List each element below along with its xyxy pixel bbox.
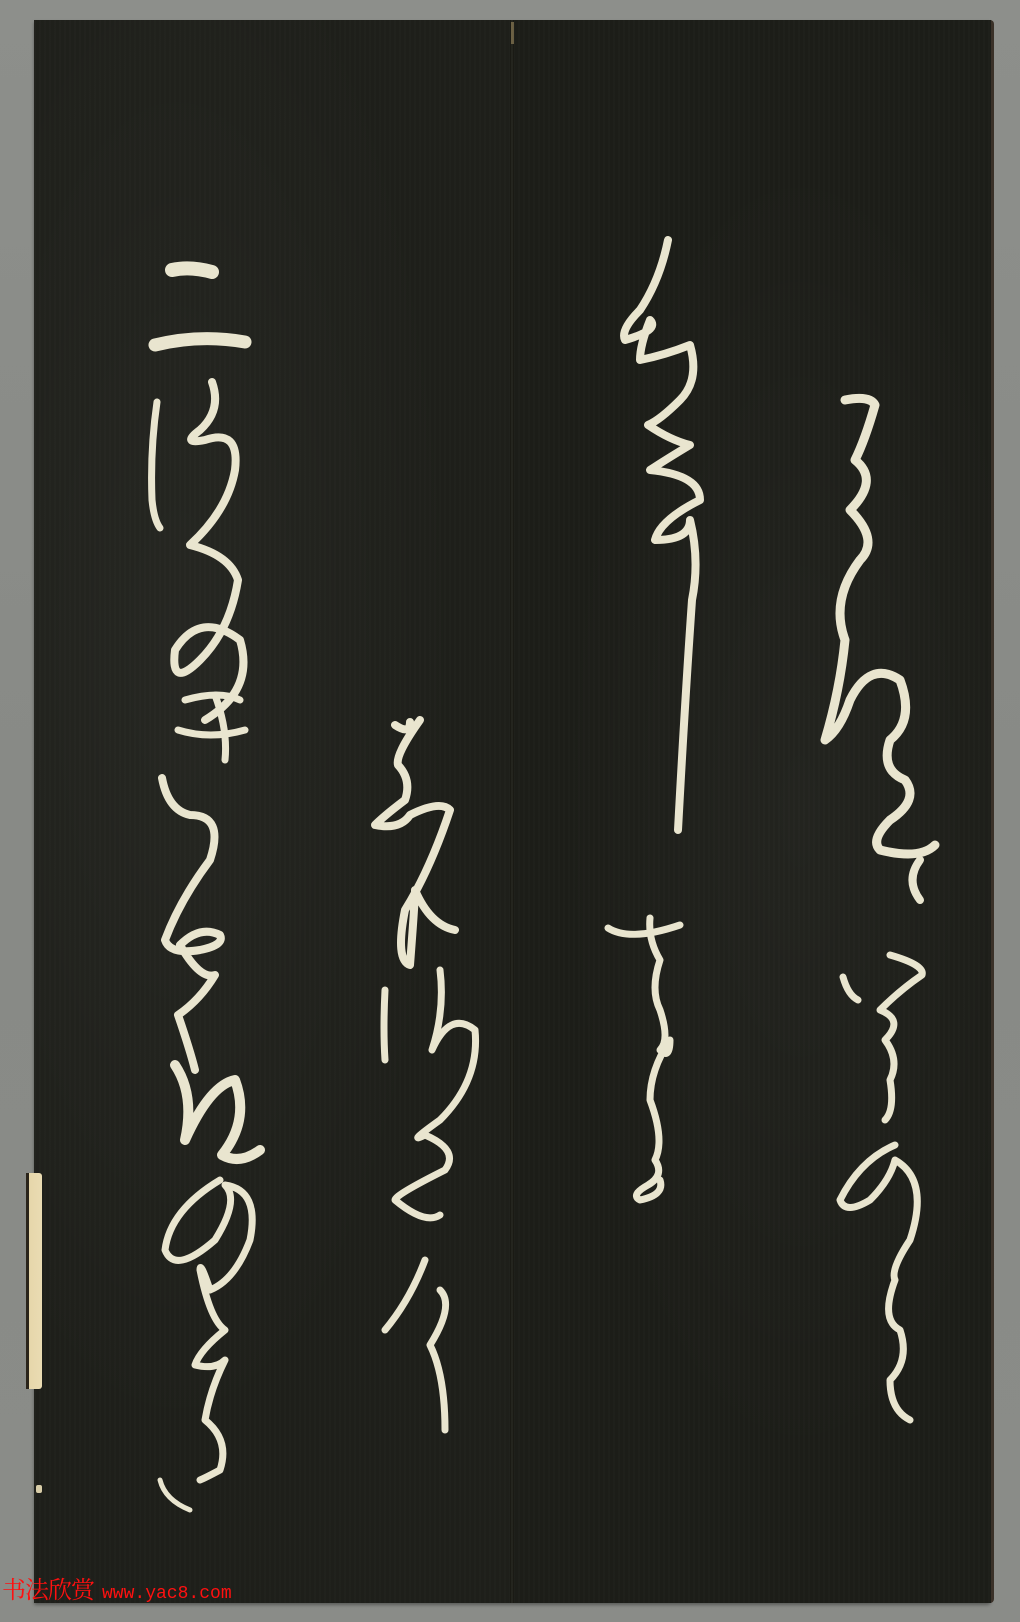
calligraphy-column-left-inner bbox=[375, 720, 476, 1430]
calligraphy-column-left bbox=[152, 268, 260, 1510]
watermark-url: www.yac8.com bbox=[102, 1584, 232, 1604]
watermark-site-name: 书法欣赏 bbox=[2, 1576, 94, 1604]
calligraphy-column-right-inner bbox=[608, 240, 700, 1200]
calligraphy-strokes bbox=[0, 0, 1020, 1622]
calligraphy-column-right bbox=[825, 398, 935, 1420]
watermark: 书法欣赏www.yac8.com bbox=[2, 1570, 232, 1605]
